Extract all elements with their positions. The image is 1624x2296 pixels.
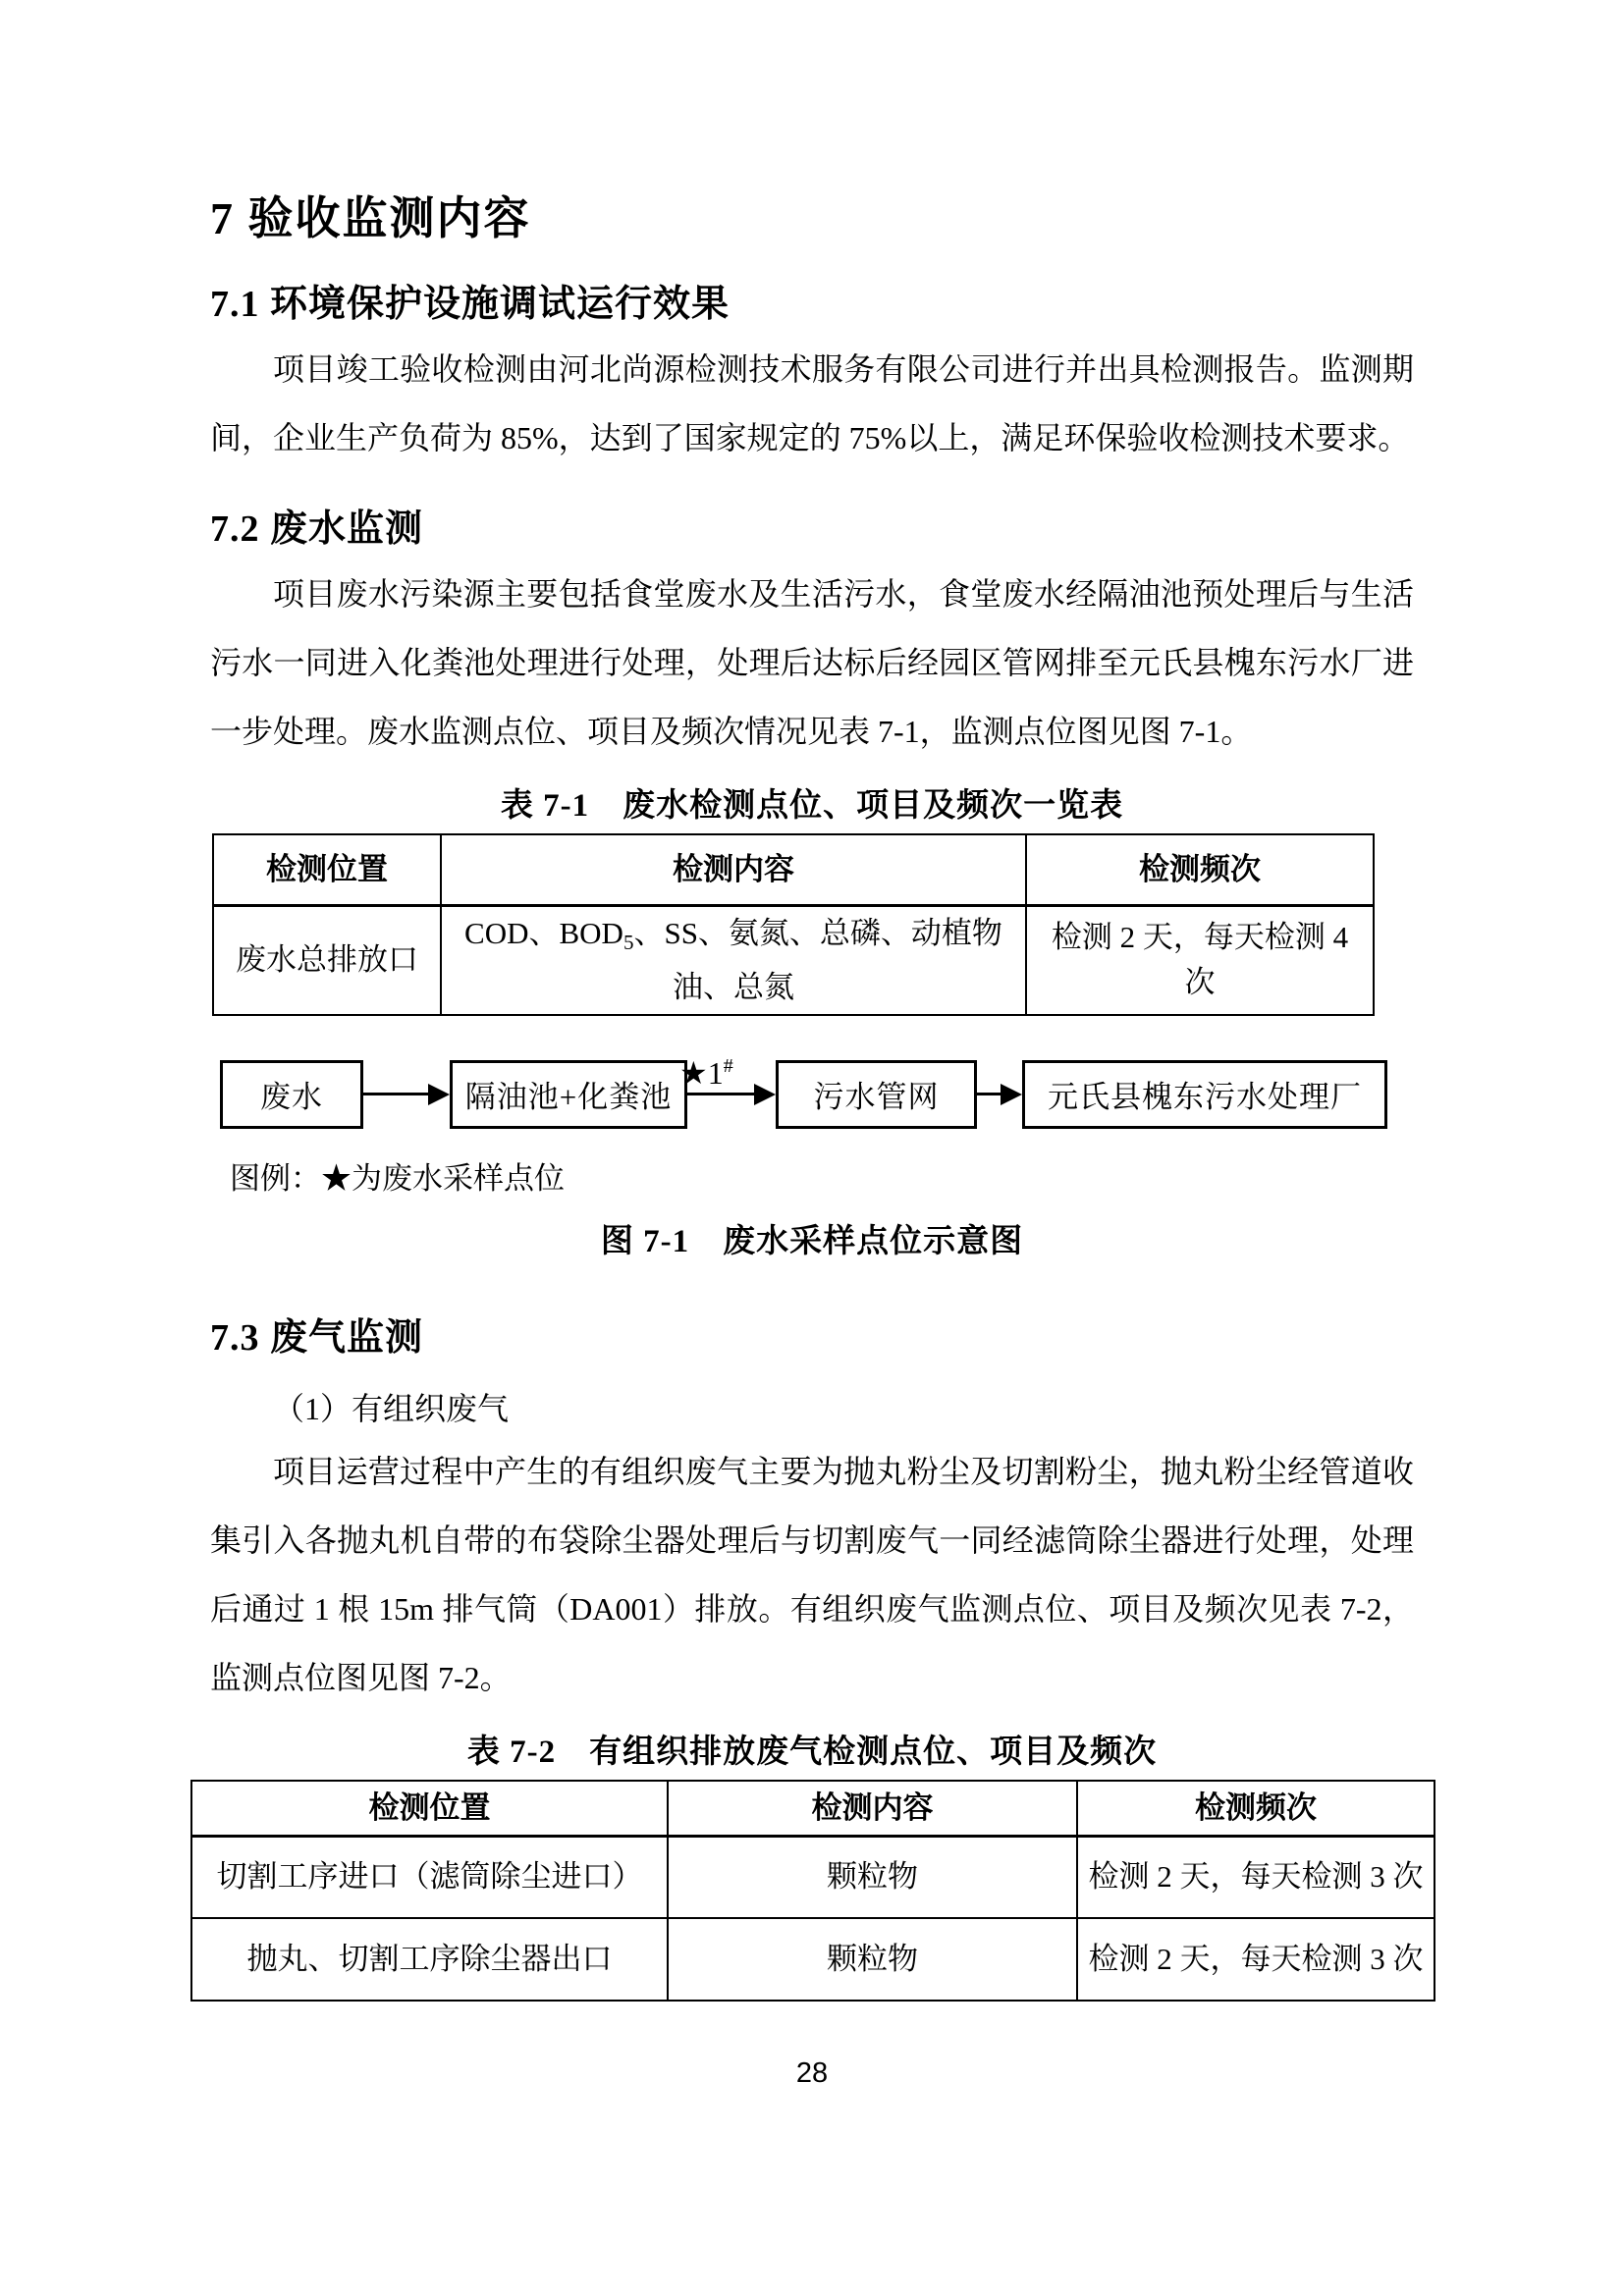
- table-7-1-cell-frequency: 检测 2 天，每天检测 4 次: [1026, 905, 1374, 1015]
- star-icon: ★1: [679, 1055, 724, 1091]
- flow-arrow-icon: ★1#: [687, 1084, 776, 1105]
- figure-7-1-caption: 图 7-1 废水采样点位示意图: [210, 1215, 1414, 1261]
- figure-legend: 图例：★为废水采样点位: [230, 1153, 1414, 1198]
- table-7-1-cell-location: 废水总排放口: [213, 905, 441, 1015]
- flow-box-wastewater: 废水: [220, 1060, 363, 1129]
- table-7-2-cell-content: 颗粒物: [668, 1836, 1077, 1918]
- flow-box-grease-septic: 隔油池+化粪池: [450, 1060, 687, 1129]
- page-content: 7 验收监测内容 7.1 环境保护设施调试运行效果 项目竣工验收检测由河北尚源检…: [0, 0, 1624, 2002]
- section-heading-7-3: 7.3 废气监测: [210, 1307, 1414, 1361]
- paragraph-7-1: 项目竣工验收检测由河北尚源检测技术服务有限公司进行并出具检测报告。监测期间，企业…: [210, 335, 1414, 472]
- flow-box-treatment-plant: 元氏县槐东污水处理厂: [1022, 1060, 1387, 1129]
- table-7-2: 检测位置 检测内容 检测频次 切割工序进口（滤筒除尘进口） 颗粒物 检测 2 天…: [190, 1780, 1435, 2002]
- sampling-point-star-label: ★1#: [679, 1054, 733, 1092]
- table-7-2-cell-location: 抛丸、切割工序除尘器出口: [191, 1918, 668, 2001]
- table-7-1-header-location: 检测位置: [213, 834, 441, 905]
- table-7-2-cell-content: 颗粒物: [668, 1918, 1077, 2001]
- table-7-2-header-content: 检测内容: [668, 1781, 1077, 1837]
- paragraph-7-2: 项目废水污染源主要包括食堂废水及生活污水，食堂废水经隔油池预处理后与生活污水一同…: [210, 560, 1414, 766]
- table-7-1-header-row: 检测位置 检测内容 检测频次: [213, 834, 1374, 905]
- table-7-1-header-content: 检测内容: [441, 834, 1026, 905]
- page-number: 28: [0, 2057, 1624, 2090]
- table-7-1-caption: 表 7-1 废水检测点位、项目及频次一览表: [210, 779, 1414, 826]
- table-7-1-cell-content: COD、BOD5、SS、氨氮、总磷、动植物油、总氮: [441, 905, 1026, 1015]
- table-7-2-header-frequency: 检测频次: [1077, 1781, 1435, 1837]
- table-7-1: 检测位置 检测内容 检测频次 废水总排放口 COD、BOD5、SS、氨氮、总磷、…: [212, 833, 1375, 1016]
- table-7-2-cell-frequency: 检测 2 天，每天检测 3 次: [1077, 1918, 1435, 2001]
- paragraph-7-3: 项目运营过程中产生的有组织废气主要为抛丸粉尘及切割粉尘，抛丸粉尘经管道收集引入各…: [210, 1437, 1414, 1712]
- section-heading-7-2: 7.2 废水监测: [210, 498, 1414, 552]
- bod-subscript: 5: [623, 931, 634, 954]
- arrow-shaft: [363, 1093, 428, 1095]
- table-7-2-header-row: 检测位置 检测内容 检测频次: [191, 1781, 1435, 1837]
- list-item-organized-gas: （1）有组织废气: [210, 1384, 1414, 1429]
- flow-arrow-icon: [363, 1084, 450, 1105]
- table-7-2-caption: 表 7-2 有组织排放废气检测点位、项目及频次: [210, 1726, 1414, 1772]
- wastewater-flow-diagram: 废水 隔油池+化粪池 ★1# 污水管网 元氏县槐东污水处理厂: [220, 1057, 1414, 1132]
- pollutant-list-suffix: 、SS、氨氮、总磷、动植物油、总氮: [633, 916, 1001, 1004]
- table-7-2-cell-frequency: 检测 2 天，每天检测 3 次: [1077, 1836, 1435, 1918]
- arrow-head-icon: [754, 1084, 776, 1105]
- arrow-head-icon: [1001, 1084, 1022, 1105]
- table-7-1-header-frequency: 检测频次: [1026, 834, 1374, 905]
- arrow-shaft: [687, 1093, 754, 1095]
- chapter-heading: 7 验收监测内容: [210, 183, 1414, 247]
- section-heading-7-1: 7.1 环境保护设施调试运行效果: [210, 273, 1414, 327]
- flow-arrow-icon: [977, 1084, 1022, 1105]
- table-7-2-header-location: 检测位置: [191, 1781, 668, 1837]
- table-7-2-data-row: 抛丸、切割工序除尘器出口 颗粒物 检测 2 天，每天检测 3 次: [191, 1918, 1435, 2001]
- table-7-2-cell-location: 切割工序进口（滤筒除尘进口）: [191, 1836, 668, 1918]
- star-superscript: #: [724, 1055, 733, 1077]
- table-7-2-data-row: 切割工序进口（滤筒除尘进口） 颗粒物 检测 2 天，每天检测 3 次: [191, 1836, 1435, 1918]
- arrow-head-icon: [428, 1084, 450, 1105]
- arrow-shaft: [977, 1093, 1001, 1095]
- pollutant-list-prefix: COD、BOD: [464, 916, 623, 950]
- table-7-1-data-row: 废水总排放口 COD、BOD5、SS、氨氮、总磷、动植物油、总氮 检测 2 天，…: [213, 905, 1374, 1015]
- document-page: 7 验收监测内容 7.1 环境保护设施调试运行效果 项目竣工验收检测由河北尚源检…: [0, 0, 1624, 2296]
- flow-box-sewer-network: 污水管网: [776, 1060, 977, 1129]
